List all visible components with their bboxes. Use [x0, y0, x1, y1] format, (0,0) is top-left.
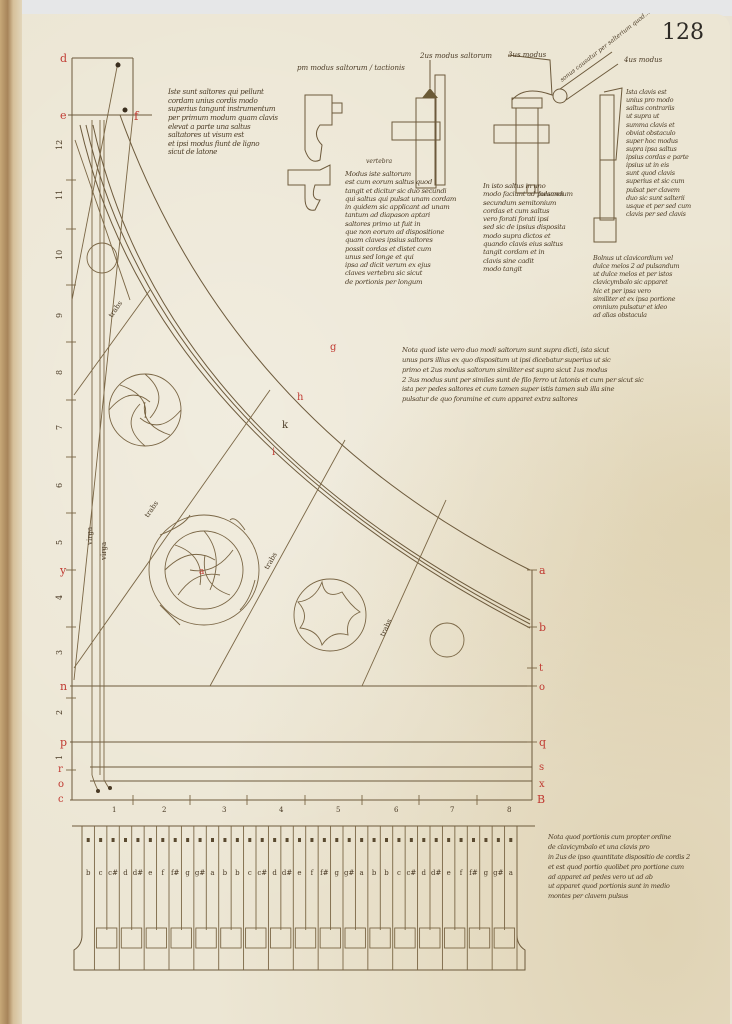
svg-text:7: 7 — [55, 425, 64, 430]
rose-small-right — [430, 623, 464, 657]
keyboard-note-label: f — [311, 869, 315, 877]
keyboard-diagram: bcc#dd#eff#gg#abbcc#dd#eff#gg#abbcc#dd#e… — [72, 826, 535, 970]
svg-text:5: 5 — [336, 806, 340, 814]
keyboard-note-label: c — [397, 869, 401, 877]
svg-text:o: o — [58, 779, 64, 790]
svg-text:b: b — [539, 621, 546, 634]
keyboard-note-label: g — [484, 869, 489, 877]
text-block-jack-2: Modus iste saltorum est cum eorum saltus… — [345, 170, 470, 286]
keyboard-note-label: d — [272, 869, 277, 877]
text-block-jack-4-cont: Bolnus ut clavicordium vel dulce melos 2… — [593, 254, 725, 319]
jack-sketch-2 — [392, 60, 445, 188]
svg-text:2: 2 — [55, 710, 64, 715]
keyboard-key-lines — [82, 826, 517, 970]
keyboard-note-label: f# — [171, 869, 180, 877]
svg-text:n: n — [60, 680, 67, 693]
keyboard-note-label: f — [460, 869, 464, 877]
keyboard-note-label: b — [223, 869, 228, 877]
svg-text:1: 1 — [55, 755, 64, 760]
keyboard-note-label: d# — [282, 869, 292, 877]
keyboard-note-label: c# — [108, 869, 118, 877]
svg-text:h: h — [297, 392, 304, 403]
text-block-jack-3: In isto saltus in uno modo faciunt ad pu… — [483, 182, 593, 273]
svg-text:8: 8 — [55, 370, 64, 375]
keyboard-note-label: c# — [406, 869, 416, 877]
svg-text:g: g — [330, 342, 337, 353]
svg-text:2: 2 — [162, 806, 166, 814]
text-block-nota-keyboard: Nota quod portionis cum propter ordine d… — [548, 833, 718, 902]
keyboard-note-label: a — [210, 869, 214, 877]
keyboard-note-label: f — [161, 869, 165, 877]
keyboard-note-label: g — [335, 869, 340, 877]
svg-text:4: 4 — [55, 595, 64, 600]
svg-text:10: 10 — [55, 250, 64, 260]
bottom-scale: 1 2 3 4 5 6 7 8 — [112, 795, 511, 814]
svg-text:trabs: trabs — [143, 499, 160, 519]
strip-labels: virga virga trabs trabs trabs trabs — [86, 299, 394, 638]
svg-text:1: 1 — [112, 806, 116, 814]
svg-text:11: 11 — [55, 190, 64, 200]
svg-text:5: 5 — [55, 540, 64, 545]
svg-text:vertebra: vertebra — [366, 158, 392, 165]
keyboard-note-label: g — [185, 869, 190, 877]
svg-text:d: d — [60, 52, 67, 65]
svg-text:trabs: trabs — [263, 551, 279, 571]
svg-text:trabs: trabs — [379, 617, 394, 637]
keyboard-note-label: b — [86, 869, 91, 877]
svg-text:3us modus: 3us modus — [508, 51, 547, 59]
svg-text:s: s — [539, 762, 544, 773]
svg-text:3: 3 — [55, 650, 64, 655]
svg-text:p: p — [60, 736, 67, 749]
svg-text:virga: virga — [86, 527, 94, 546]
keyboard-note-label: f# — [320, 869, 329, 877]
svg-text:pm modus saltorum / tactionis: pm modus saltorum / tactionis — [297, 64, 405, 72]
svg-text:B: B — [537, 793, 545, 806]
keyboard-note-label: g# — [195, 869, 205, 877]
svg-text:2us modus saltorum: 2us modus saltorum — [419, 52, 492, 60]
svg-text:c: c — [58, 794, 64, 805]
svg-text:4: 4 — [279, 806, 284, 814]
svg-text:y: y — [59, 564, 67, 577]
rose-small-plain — [87, 243, 117, 273]
svg-text:r: r — [58, 764, 63, 775]
keyboard-note-label: d — [123, 869, 128, 877]
svg-text:7: 7 — [450, 806, 454, 814]
svg-text:12: 12 — [55, 140, 64, 150]
rose-five-point — [294, 579, 366, 651]
text-block-nota-jacks: Nota quod iste vero duo modi saltorum su… — [402, 346, 727, 405]
keyboard-note-label: e — [148, 869, 152, 877]
keyboard-note-label: d# — [133, 869, 143, 877]
svg-text:k: k — [282, 420, 289, 431]
mid-letters: g h i k a — [199, 342, 337, 577]
svg-text:i: i — [272, 447, 275, 458]
svg-text:e: e — [60, 109, 67, 122]
keyboard-note-labels: bcc#dd#eff#gg#abbcc#dd#eff#gg#abbcc#dd#e… — [86, 869, 513, 877]
keyboard-note-label: d — [422, 869, 427, 877]
keyboard-note-label: c — [248, 869, 252, 877]
keyboard-note-label: e — [297, 869, 301, 877]
svg-text:4us modus: 4us modus — [623, 56, 663, 64]
svg-text:a: a — [539, 564, 546, 577]
right-rubric-letters: a b t o q s x B — [527, 564, 546, 806]
svg-text:t: t — [539, 663, 543, 674]
svg-text:virga: virga — [100, 542, 108, 561]
jack-sketch-3 — [494, 52, 618, 193]
svg-text:8: 8 — [507, 806, 511, 814]
keyboard-note-label: g# — [344, 869, 354, 877]
keyboard-note-label: c — [99, 869, 103, 877]
keyboard-note-label: b — [235, 869, 240, 877]
svg-text:x: x — [539, 779, 545, 790]
keyboard-note-label: f# — [469, 869, 478, 877]
keyboard-note-label: c# — [257, 869, 267, 877]
keyboard-note-label: b — [372, 869, 377, 877]
svg-text:6: 6 — [394, 806, 399, 814]
virga-strips — [92, 120, 112, 793]
jack-sketch-4 — [594, 88, 622, 242]
svg-text:f: f — [134, 109, 140, 123]
svg-text:a: a — [199, 567, 205, 577]
rose-six-petal — [109, 374, 181, 446]
keyboard-note-label: b — [384, 869, 389, 877]
left-scale: 12 11 10 9 8 7 6 5 4 3 2 1 — [55, 140, 76, 770]
svg-text:trabs: trabs — [107, 299, 124, 319]
svg-text:6: 6 — [55, 483, 64, 488]
svg-text:q: q — [539, 736, 546, 749]
svg-text:o: o — [539, 682, 545, 693]
text-block-jack-1: Iste sunt saltores qui pellunt cordam un… — [168, 88, 298, 157]
keyboard-note-label: a — [360, 869, 364, 877]
svg-text:3: 3 — [222, 806, 226, 814]
keyboard-note-label: a — [509, 869, 513, 877]
text-block-jack-4: Ista clavis est unius pro modo saltus co… — [626, 88, 721, 218]
svg-text:9: 9 — [55, 313, 64, 318]
keyboard-note-label: e — [447, 869, 451, 877]
keyboard-note-label: g# — [493, 869, 503, 877]
keyboard-note-label: d# — [431, 869, 441, 877]
